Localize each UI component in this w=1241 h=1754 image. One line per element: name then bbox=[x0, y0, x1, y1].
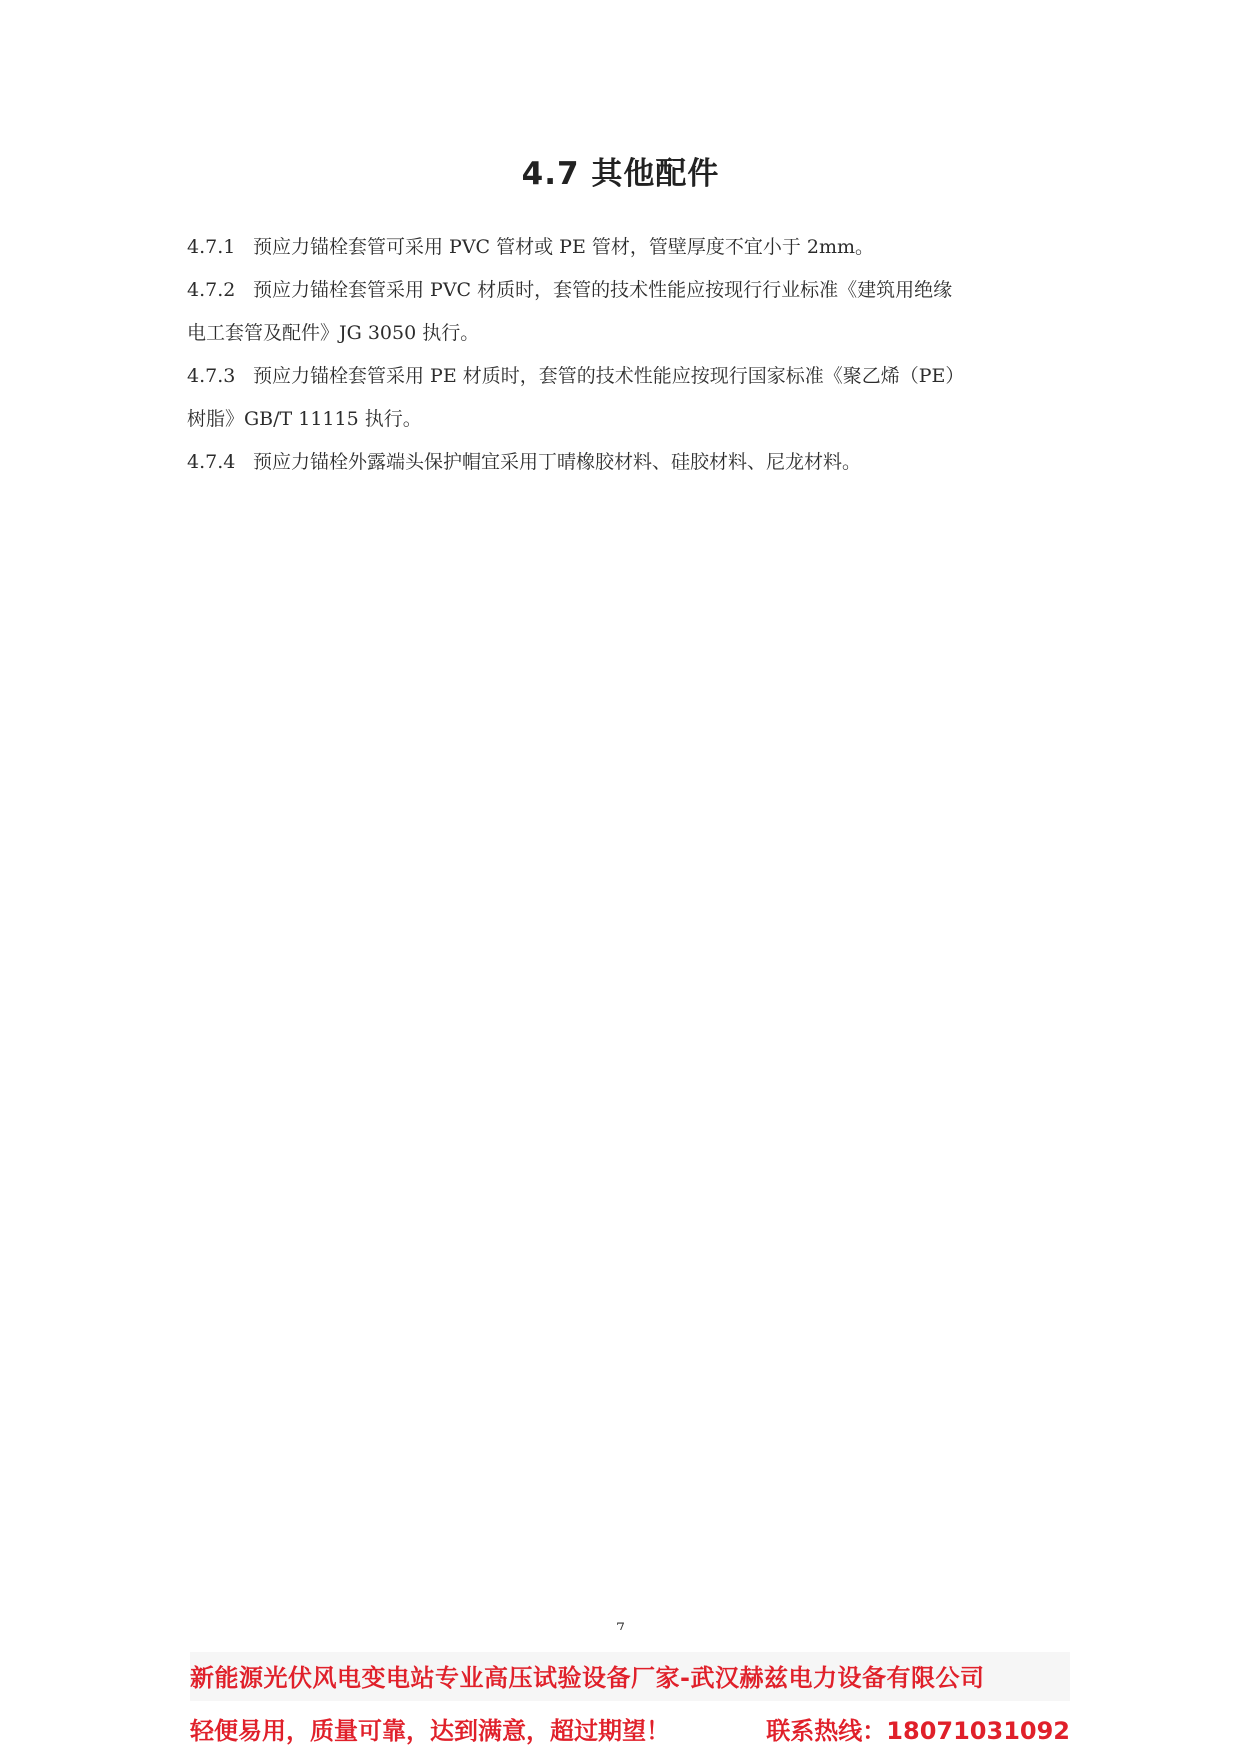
clause-text-continuation: 树脂》GB/T 11115 执行。 bbox=[187, 398, 1057, 441]
clause-text-continuation: 电工套管及配件》JG 3050 执行。 bbox=[187, 312, 1057, 355]
clause-4-7-1: 4.7.1预应力锚栓套管可采用 PVC 管材或 PE 管材，管壁厚度不宜小于 2… bbox=[187, 226, 1057, 269]
page-number: 7 bbox=[0, 1622, 1241, 1630]
clause-text: 预应力锚栓套管采用 PVC 材质时，套管的技术性能应按现行行业标准《建筑用绝缘 bbox=[253, 279, 952, 301]
footer-slogan: 轻便易用，质量可靠，达到满意，超过期望！ bbox=[190, 1711, 670, 1746]
clause-number: 4.7.1 bbox=[187, 226, 253, 269]
footer-company-banner: 新能源光伏风电变电站专业高压试验设备厂家-武汉赫兹电力设备有限公司 bbox=[190, 1652, 1070, 1701]
clause-number: 4.7.4 bbox=[187, 441, 253, 484]
clause-text: 预应力锚栓套管采用 PE 材质时，套管的技术性能应按现行国家标准《聚乙烯（PE） bbox=[253, 365, 964, 387]
footer-hotline: 联系热线：18071031092 bbox=[766, 1711, 1070, 1746]
clause-4-7-3: 4.7.3预应力锚栓套管采用 PE 材质时，套管的技术性能应按现行国家标准《聚乙… bbox=[187, 355, 1057, 441]
clause-4-7-2: 4.7.2预应力锚栓套管采用 PVC 材质时，套管的技术性能应按现行行业标准《建… bbox=[187, 269, 1057, 355]
clause-number: 4.7.2 bbox=[187, 269, 253, 312]
section-title: 4.7 其他配件 bbox=[0, 148, 1241, 193]
clause-text: 预应力锚栓外露端头保护帽宜采用丁晴橡胶材料、硅胶材料、尼龙材料。 bbox=[253, 451, 861, 473]
clause-4-7-4: 4.7.4预应力锚栓外露端头保护帽宜采用丁晴橡胶材料、硅胶材料、尼龙材料。 bbox=[187, 441, 1057, 484]
clause-number: 4.7.3 bbox=[187, 355, 253, 398]
clause-list: 4.7.1预应力锚栓套管可采用 PVC 管材或 PE 管材，管壁厚度不宜小于 2… bbox=[187, 226, 1057, 484]
clause-text: 预应力锚栓套管可采用 PVC 管材或 PE 管材，管壁厚度不宜小于 2mm。 bbox=[253, 236, 874, 258]
footer-contact-banner: 轻便易用，质量可靠，达到满意，超过期望！ 联系热线：18071031092 bbox=[190, 1707, 1070, 1750]
